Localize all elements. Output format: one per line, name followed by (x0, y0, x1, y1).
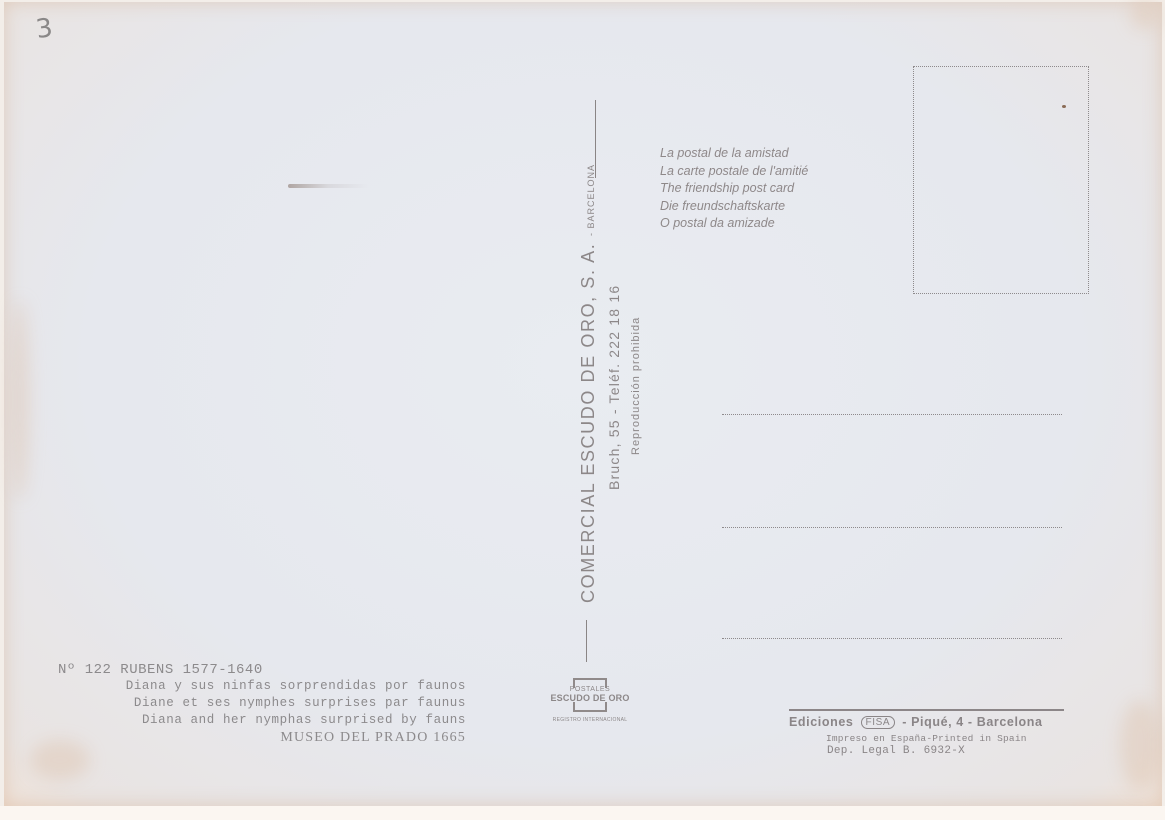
card-edge (0, 806, 1165, 820)
stain (1120, 700, 1160, 790)
company-name: COMERCIAL ESCUDO DE ORO, S. A. (578, 243, 598, 603)
smudge-mark (288, 184, 368, 188)
stain (10, 300, 30, 500)
friendship-slogans: La postal de la amistad La carte postale… (660, 145, 808, 233)
printer-info: Ediciones FISA - Piqué, 4 - Barcelona Im… (789, 715, 1069, 757)
address-line-1 (722, 414, 1062, 415)
caption-museum-year: MUSEO DEL PRADO 1665 (58, 729, 466, 746)
slogan-pt: O postal da amizade (660, 215, 808, 233)
escudo-de-oro-logo: POSTALES ESCUDO DE ORO REGISTRO INTERNAC… (545, 678, 635, 728)
slogan-fr: La carte postale de l'amitié (660, 163, 808, 181)
logo-line3: REGISTRO INTERNACIONAL (545, 717, 635, 723)
caption-number-artist: Nº 122 RUBENS 1577-1640 (58, 662, 478, 678)
printer-line: Ediciones FISA - Piqué, 4 - Barcelona (789, 715, 1069, 730)
stamp-box (913, 66, 1089, 294)
caption-title-en: Diana and her nymphas surprised by fauns (58, 712, 466, 729)
reproduction-notice: Reproducción prohibida (630, 317, 642, 455)
stain (30, 740, 90, 780)
logo-line1: POSTALES (545, 686, 635, 693)
stain (1130, 0, 1160, 30)
footer-rule (789, 709, 1064, 711)
slogan-en: The friendship post card (660, 180, 808, 198)
slogan-es: La postal de la amistad (660, 145, 808, 163)
divider-line-bottom (586, 620, 587, 662)
legal-deposit: Dep. Legal B. 6932-X (827, 745, 1069, 757)
logo-frame-bottom (573, 702, 607, 712)
caption-title-fr: Diane et ses nymphes surprises par faunu… (58, 695, 466, 712)
publisher-address-phone: Bruch, 55 - Teléf. 222 18 16 (606, 285, 622, 490)
printer-address: - Piqué, 4 - Barcelona (902, 715, 1042, 729)
publisher-company: COMERCIAL ESCUDO DE ORO, S. A. - BARCELO… (578, 164, 599, 603)
caption-title-es: Diana y sus ninfas sorprendidas por faun… (58, 678, 466, 695)
company-city: - BARCELONA (586, 164, 596, 236)
slogan-de: Die freundschaftskarte (660, 198, 808, 216)
artwork-caption: Nº 122 RUBENS 1577-1640 Diana y sus ninf… (58, 662, 478, 746)
fisa-logo: FISA (861, 716, 896, 729)
address-line-2 (722, 527, 1062, 528)
printed-in-spain: Impreso en España-Printed in Spain (826, 733, 1069, 744)
editions-label: Ediciones (789, 715, 853, 729)
address-line-3 (722, 638, 1062, 639)
